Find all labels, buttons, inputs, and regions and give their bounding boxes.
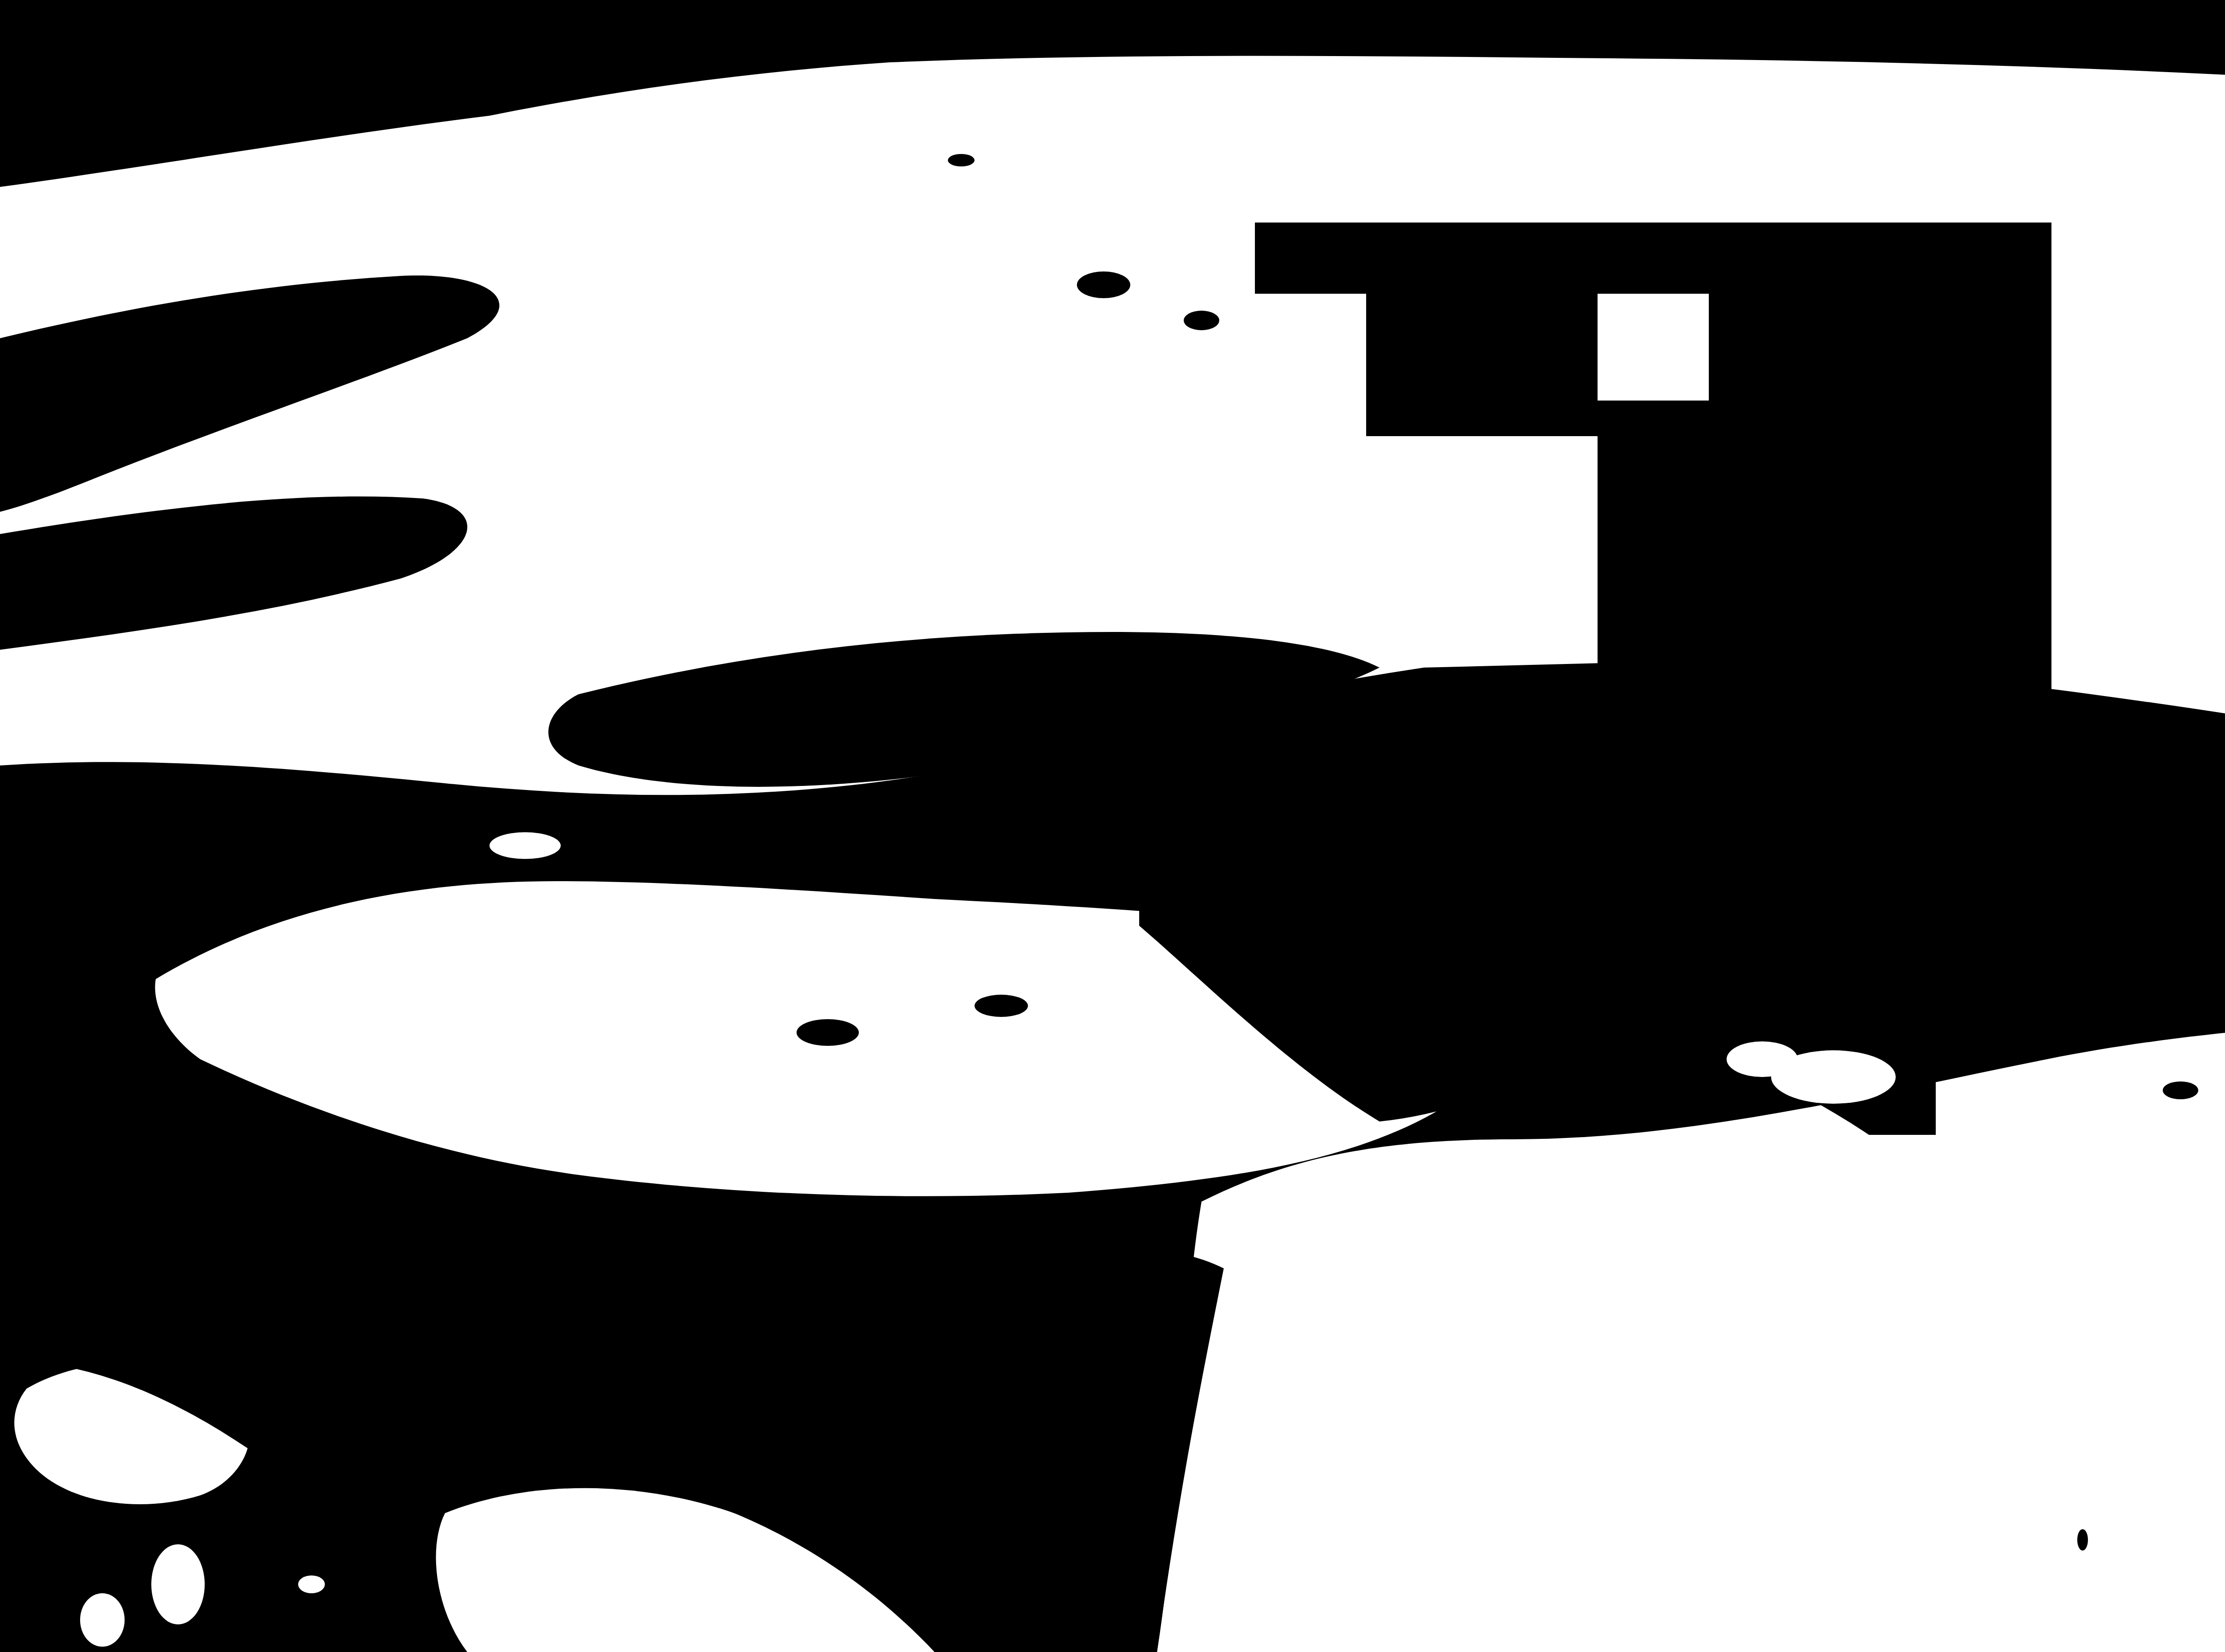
masked-block-left-lower xyxy=(1366,694,1936,890)
binarized-earth-clouds-image: cloud cover over ocean viewed from orbit… xyxy=(0,0,2225,1652)
masked-block-left-upper xyxy=(1366,223,1598,436)
cloud-mask-svg xyxy=(0,0,2225,1652)
